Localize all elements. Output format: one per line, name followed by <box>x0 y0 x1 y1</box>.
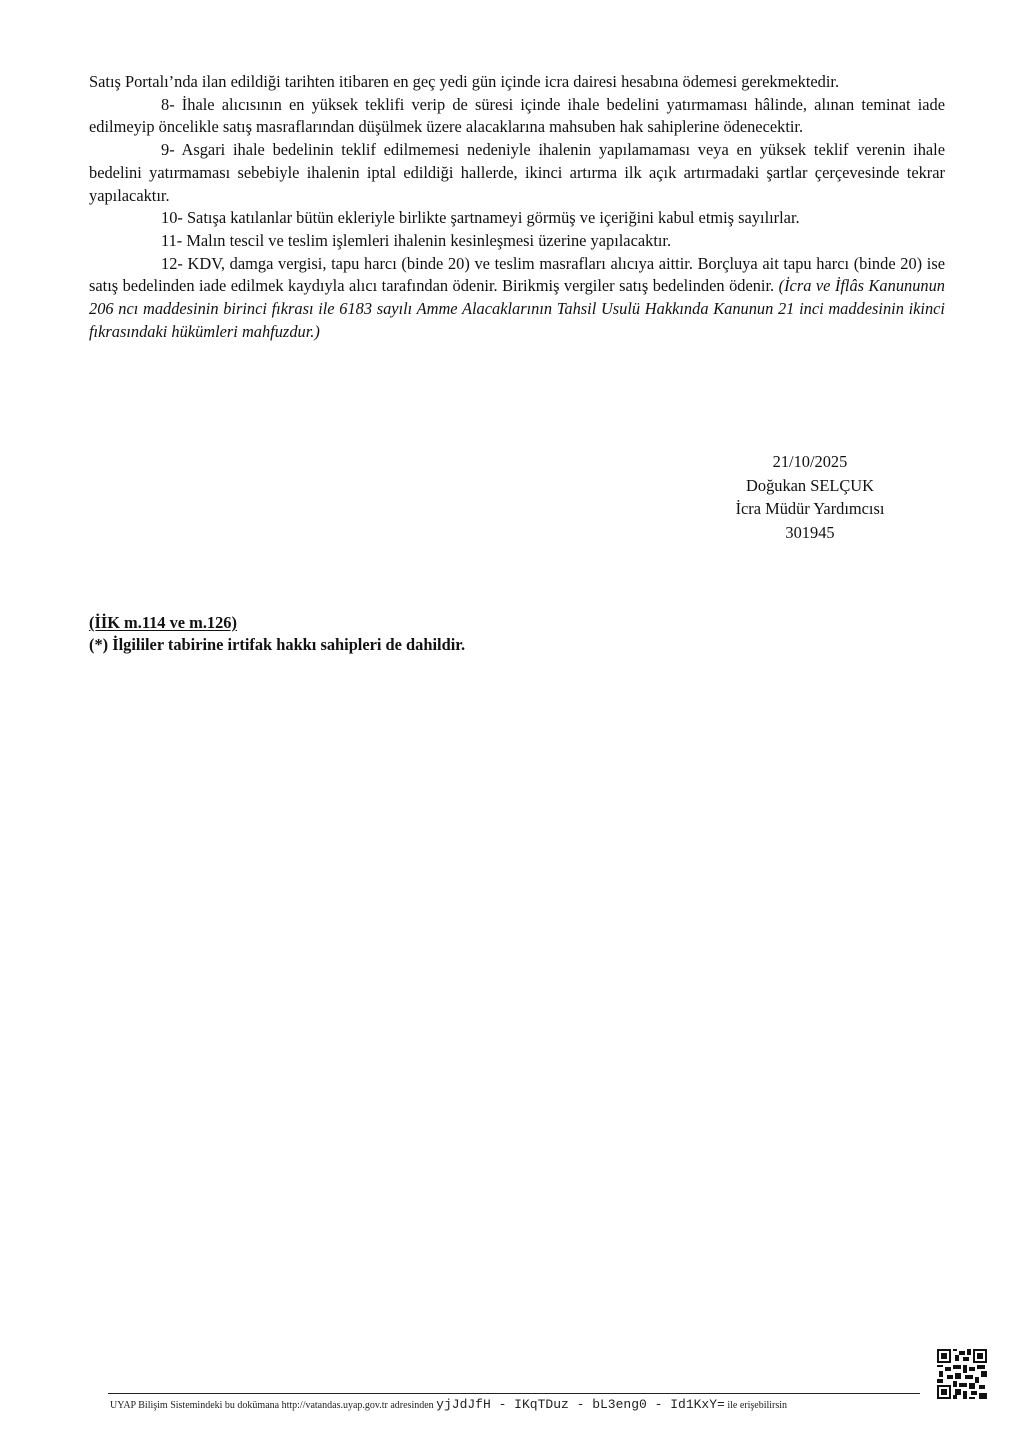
paragraph-continuation: Satış Portalı’nda ilan edildiği tarihten… <box>89 71 945 94</box>
paragraph-item-8: 8- İhale alıcısının en yüksek teklifi ve… <box>89 94 945 139</box>
paragraph-item-9: 9- Asgari ihale bedelinin teklif edilmem… <box>89 139 945 207</box>
signatory-title: İcra Müdür Yardımcısı <box>690 497 930 521</box>
footer-divider <box>108 1393 920 1394</box>
signatory-registry-number: 301945 <box>690 521 930 545</box>
paragraph-item-10: 10- Satışa katılanlar bütün ekleriyle bi… <box>89 207 945 230</box>
document-body: Satış Portalı’nda ilan edildiği tarihten… <box>89 71 945 343</box>
signature-date: 21/10/2025 <box>690 450 930 474</box>
signatory-name: Doğukan SELÇUK <box>690 474 930 498</box>
footer-suffix: ile erişebilirsin <box>725 1400 787 1411</box>
notes-block: (İİK m.114 ve m.126) (*) İlgililer tabir… <box>89 612 465 656</box>
footer-verification: UYAP Bilişim Sistemindeki bu dokümana ht… <box>110 1398 787 1413</box>
qr-code-icon <box>937 1349 987 1399</box>
footer-prefix: UYAP Bilişim Sistemindeki bu dokümana ht… <box>110 1400 436 1411</box>
footnote: (*) İlgililer tabirine irtifak hakkı sah… <box>89 634 465 656</box>
access-code: yjJdJfH - IKqTDuz - bL3eng0 - Id1KxY= <box>436 1397 725 1412</box>
law-reference: (İİK m.114 ve m.126) <box>89 612 237 634</box>
paragraph-item-12: 12- KDV, damga vergisi, tapu harcı (bind… <box>89 253 945 344</box>
paragraph-item-11: 11- Malın tescil ve teslim işlemleri iha… <box>89 230 945 253</box>
signature-block: 21/10/2025 Doğukan SELÇUK İcra Müdür Yar… <box>690 450 930 544</box>
